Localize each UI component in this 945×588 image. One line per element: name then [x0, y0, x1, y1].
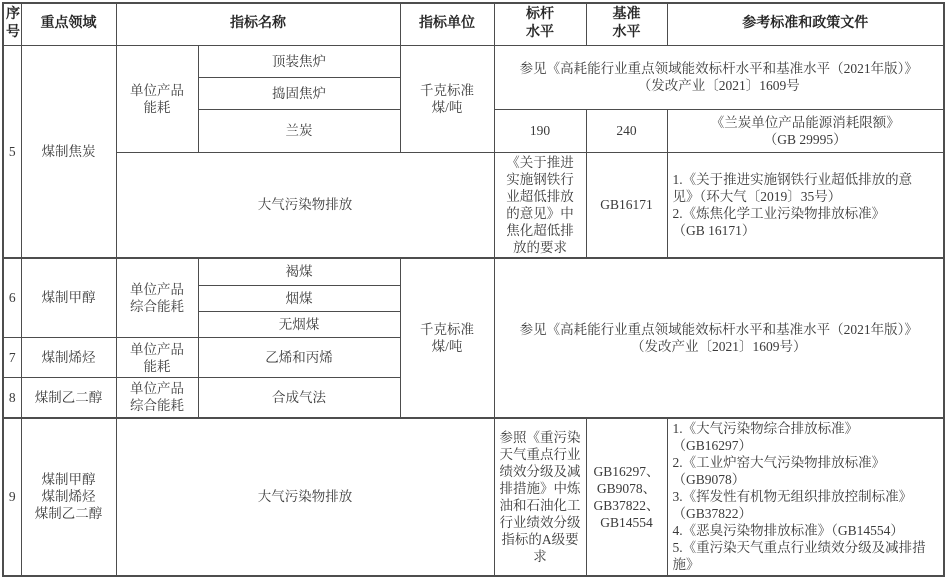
- indicator-sub: 褐煤: [198, 258, 400, 286]
- area-name: 煤制焦炭: [21, 45, 116, 258]
- row-no: 7: [3, 338, 21, 378]
- benchmark-value: 参照《重污染 天气重点行业 绩效分级及减 排措施》中炼 油和石油化工 行业绩效分…: [494, 418, 586, 576]
- indicator-sub: 顶装焦炉: [198, 45, 400, 77]
- row-no: 8: [3, 378, 21, 418]
- indicator-sub: 烟煤: [198, 286, 400, 312]
- benchmark-value: 《关于推进 实施钢铁行 业超低排放 的意见》中 焦化超低排 放的要求: [494, 152, 586, 258]
- indicator-group: 单位产品 能耗: [116, 338, 198, 378]
- baseline-value: GB16297、 GB9078、 GB37822、 GB14554: [586, 418, 667, 576]
- baseline-value: GB16171: [586, 152, 667, 258]
- indicator-sub: 乙烯和丙烯: [198, 338, 400, 378]
- area-name: 煤制乙二醇: [21, 378, 116, 418]
- indicator-group: 单位产品 综合能耗: [116, 378, 198, 418]
- area-name: 煤制甲醇: [21, 258, 116, 338]
- indicator-sub: 无烟煤: [198, 312, 400, 338]
- merged-reference: 参见《高耗能行业重点领域能效标杆水平和基准水平（2021年版）》 （发改产业〔2…: [494, 45, 944, 109]
- header-col-no: 序 号: [3, 3, 21, 45]
- row-no: 9: [3, 418, 21, 576]
- standards-table: 序 号 重点领域 指标名称 指标单位 标杆 水平 基准 水平 参考标准和政策文件…: [2, 2, 945, 577]
- header-col-benchmark: 标杆 水平: [494, 3, 586, 45]
- indicator-sub: 合成气法: [198, 378, 400, 418]
- table-row: 6 煤制甲醇 单位产品 综合能耗 褐煤 千克标准 煤/吨 参见《高耗能行业重点领…: [3, 258, 944, 286]
- indicator-name: 大气污染物排放: [116, 152, 494, 258]
- table-row: 大气污染物排放 《关于推进 实施钢铁行 业超低排放 的意见》中 焦化超低排 放的…: [3, 152, 944, 258]
- table-row: 9 煤制甲醇 煤制烯烃 煤制乙二醇 大气污染物排放 参照《重污染 天气重点行业 …: [3, 418, 944, 576]
- indicator-unit: 千克标准 煤/吨: [400, 45, 494, 152]
- row-no: 5: [3, 45, 21, 258]
- header-col-unit: 指标单位: [400, 3, 494, 45]
- header-col-area: 重点领域: [21, 3, 116, 45]
- table-row: 5 煤制焦炭 单位产品 能耗 顶装焦炉 千克标准 煤/吨 参见《高耗能行业重点领…: [3, 45, 944, 77]
- header-col-baseline: 基准 水平: [586, 3, 667, 45]
- row-no: 6: [3, 258, 21, 338]
- reference-text: 1.《大气污染物综合排放标准》 （GB16297） 2.《工业炉窑大气污染物排放…: [667, 418, 944, 576]
- merged-reference: 参见《高耗能行业重点领域能效标杆水平和基准水平（2021年版）》 （发改产业〔2…: [494, 258, 944, 418]
- indicator-unit: 千克标准 煤/吨: [400, 258, 494, 418]
- baseline-value: 240: [586, 109, 667, 152]
- area-name: 煤制甲醇 煤制烯烃 煤制乙二醇: [21, 418, 116, 576]
- area-name: 煤制烯烃: [21, 338, 116, 378]
- reference-text: 《兰炭单位产品能源消耗限额》 （GB 29995）: [667, 109, 944, 152]
- indicator-group: 单位产品 综合能耗: [116, 258, 198, 338]
- header-col-reference: 参考标准和政策文件: [667, 3, 944, 45]
- reference-text: 1.《关于推进实施钢铁行业超低排放的意 见》（环大气〔2019〕35号） 2.《…: [667, 152, 944, 258]
- indicator-sub: 捣固焦炉: [198, 77, 400, 109]
- indicator-name: 大气污染物排放: [116, 418, 494, 576]
- indicator-sub: 兰炭: [198, 109, 400, 152]
- benchmark-value: 190: [494, 109, 586, 152]
- header-row: 序 号 重点领域 指标名称 指标单位 标杆 水平 基准 水平 参考标准和政策文件: [3, 3, 944, 45]
- indicator-group: 单位产品 能耗: [116, 45, 198, 152]
- header-col-indicator: 指标名称: [116, 3, 400, 45]
